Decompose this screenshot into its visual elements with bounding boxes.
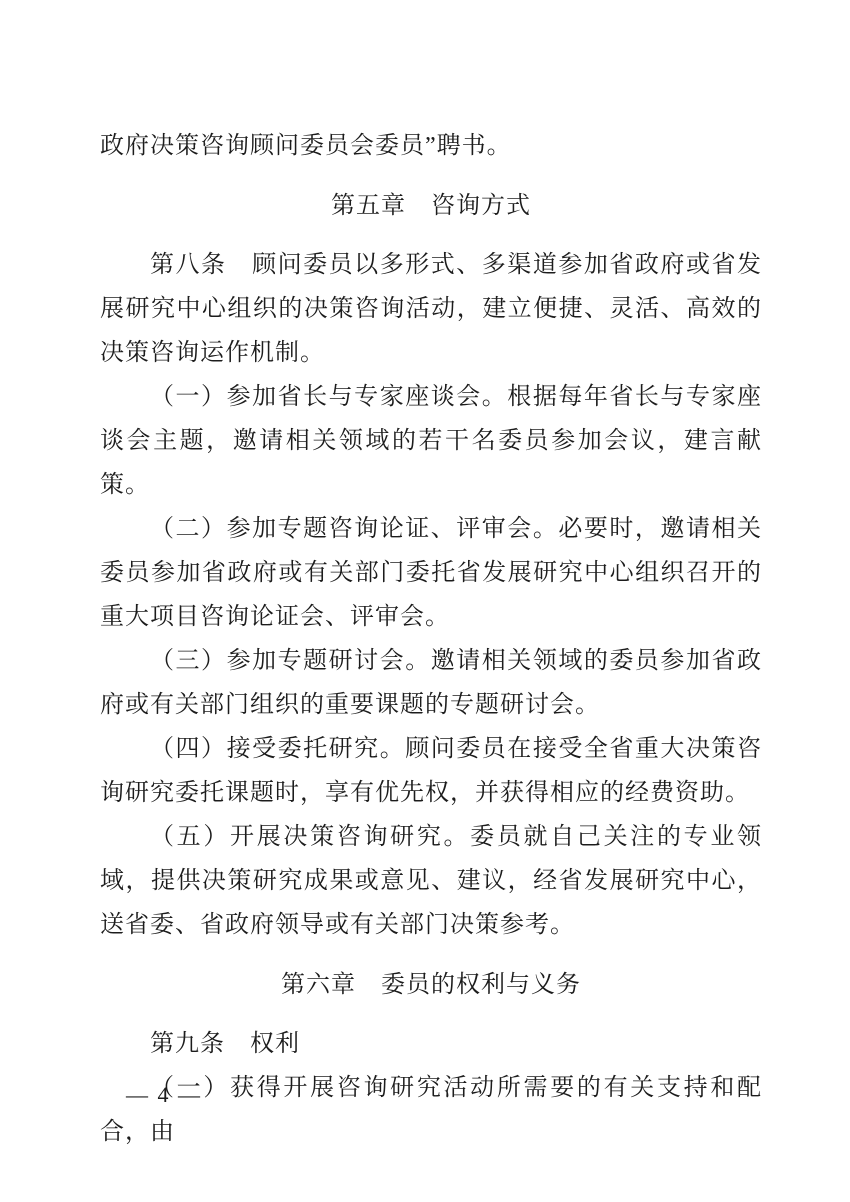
article-9-item-1: （一）获得开展咨询研究活动所需要的有关支持和配合，由	[100, 1066, 762, 1154]
paragraph-continuation: 政府决策咨询顾问委员会委员”聘书。	[100, 124, 762, 168]
article-9-heading: 第九条 权利	[100, 1022, 762, 1066]
article-8-item-2: （二）参加专题咨询论证、评审会。必要时，邀请相关委员参加省政府或有关部门委托省发…	[100, 507, 762, 639]
article-8-item-1: （一）参加省长与专家座谈会。根据每年省长与专家座谈会主题，邀请相关领域的若干名委…	[100, 375, 762, 507]
document-body: 政府决策咨询顾问委员会委员”聘书。 第五章 咨询方式 第八条 顾问委员以多形式、…	[100, 124, 762, 1154]
page-number: — 4 —	[126, 1082, 202, 1108]
article-8-item-5: （五）开展决策咨询研究。委员就自己关注的专业领域，提供决策研究成果或意见、建议，…	[100, 815, 762, 947]
article-8-item-3: （三）参加专题研讨会。邀请相关领域的委员参加省政府或有关部门组织的重要课题的专题…	[100, 639, 762, 727]
chapter-5-heading: 第五章 咨询方式	[100, 183, 762, 229]
chapter-6-heading: 第六章 委员的权利与义务	[100, 962, 762, 1008]
article-8-paragraph: 第八条 顾问委员以多形式、多渠道参加省政府或省发展研究中心组织的决策咨询活动，建…	[100, 243, 762, 375]
article-8-item-4: （四）接受委托研究。顾问委员在接受全省重大决策咨询研究委托课题时，享有优先权，并…	[100, 727, 762, 815]
document-page: 政府决策咨询顾问委员会委员”聘书。 第五章 咨询方式 第八条 顾问委员以多形式、…	[0, 0, 850, 1202]
